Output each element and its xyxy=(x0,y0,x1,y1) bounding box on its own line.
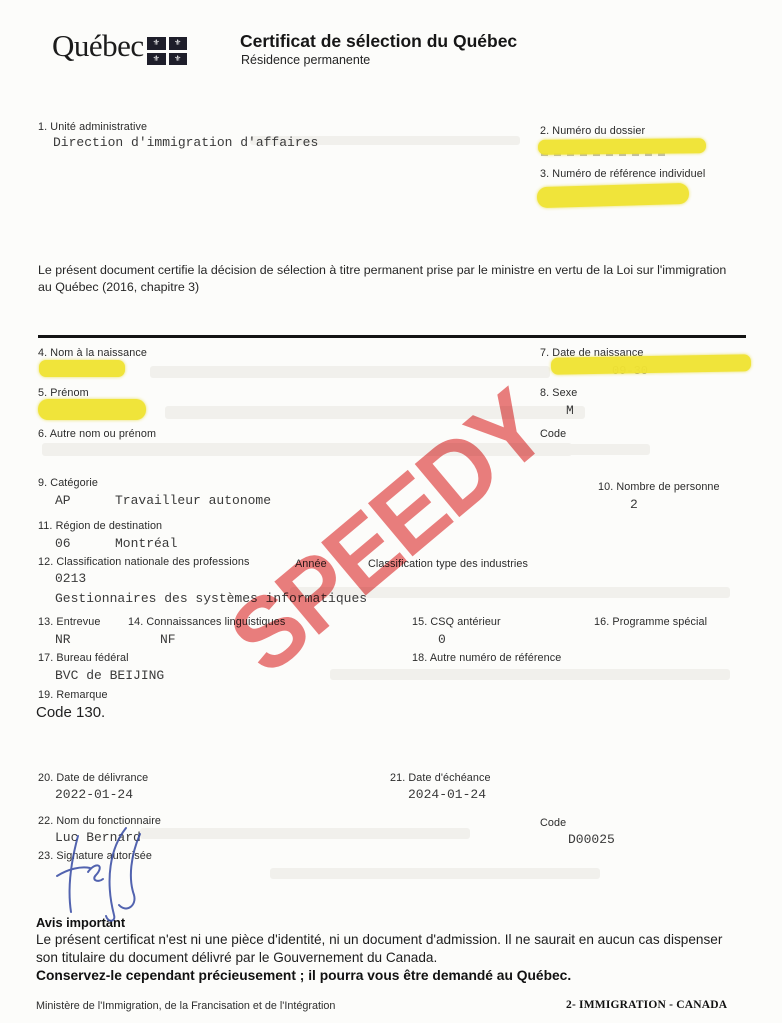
field-4-label: 4. Nom à la naissance xyxy=(38,347,147,359)
field-5-label: 5. Prénom xyxy=(38,387,89,399)
field-10-value: 2 xyxy=(630,497,638,512)
field-21-value: 2024-01-24 xyxy=(408,787,486,802)
field-10-label: 10. Nombre de personne xyxy=(598,481,720,493)
field-12-profession: Gestionnaires des systèmes informatiques xyxy=(55,591,367,606)
sexe-code-label: Code xyxy=(540,428,566,440)
field-1-label: 1. Unité administrative xyxy=(38,121,147,133)
avis-important-body: Le présent certificat n'est ni une pièce… xyxy=(36,931,726,966)
field-14-label: 14. Connaissances linguistiques xyxy=(128,616,285,628)
fleur-de-lis-icon: ⚜ xyxy=(169,53,188,66)
scan-artifact xyxy=(150,366,550,378)
field-20-label: 20. Date de délivrance xyxy=(38,772,148,784)
field-9-code: AP xyxy=(55,493,71,508)
redaction-highlight-prenom xyxy=(38,399,146,420)
field-12-label: 12. Classification nationale des profess… xyxy=(38,556,249,568)
field-9-label: 9. Catégorie xyxy=(38,477,98,489)
field-3-label: 3. Numéro de référence individuel xyxy=(540,168,705,180)
scan-artifact xyxy=(140,828,470,839)
fleur-de-lis-icon: ⚜ xyxy=(147,53,166,66)
field-12-code: 0213 xyxy=(55,571,86,586)
redaction-highlight-reference xyxy=(537,183,690,208)
document-title: Certificat de sélection du Québec xyxy=(240,31,517,52)
fonctionnaire-code-value: D00025 xyxy=(568,832,615,847)
fleur-de-lis-icon: ⚜ xyxy=(147,37,166,50)
scan-artifact xyxy=(560,444,650,455)
fleur-de-lis-icon: ⚜ xyxy=(169,37,188,50)
field-21-label: 21. Date d'échéance xyxy=(390,772,491,784)
field-19-value: Code 130. xyxy=(36,704,105,721)
field-2-label: 2. Numéro du dossier xyxy=(540,125,645,137)
scan-artifact xyxy=(42,443,572,456)
quebec-logo-wordmark: Québec xyxy=(52,28,144,64)
scan-artifact xyxy=(270,868,600,879)
redaction-highlight-nom xyxy=(39,360,125,377)
fonctionnaire-code-label: Code xyxy=(540,817,566,829)
redaction-highlight-dossier xyxy=(538,138,706,155)
field-11-label: 11. Région de destination xyxy=(38,520,162,532)
field-18-label: 18. Autre numéro de référence xyxy=(412,652,561,664)
field-20-value: 2022-01-24 xyxy=(55,787,133,802)
scan-artifact xyxy=(165,406,585,419)
ministry-footer: Ministère de l'Immigration, de la Franci… xyxy=(36,1000,335,1012)
field-11-code: 06 xyxy=(55,536,71,551)
field-13-label: 13. Entrevue xyxy=(38,616,100,628)
field-6-label: 6. Autre nom ou prénom xyxy=(38,428,156,440)
field-1-value: Direction d'immigration d'affaires xyxy=(53,135,318,150)
csq-certificate-page: Québec ⚜ ⚜ ⚜ ⚜ Certificat de sélection d… xyxy=(0,0,782,1023)
field-12-year-label: Année xyxy=(295,558,327,570)
document-subtitle: Résidence permanente xyxy=(241,53,370,67)
field-15-label: 15. CSQ antérieur xyxy=(412,616,501,628)
handwritten-signature xyxy=(48,820,163,925)
certification-statement: Le présent document certifie la décision… xyxy=(38,262,732,296)
field-8-label: 8. Sexe xyxy=(540,387,577,399)
scan-artifact xyxy=(330,669,730,680)
field-15-value: 0 xyxy=(438,632,446,647)
field-12-industries-label: Classification type des industries xyxy=(368,558,528,570)
field-11-text: Montréal xyxy=(115,536,177,551)
field-17-label: 17. Bureau fédéral xyxy=(38,652,129,664)
quebec-flag-icon: ⚜ ⚜ ⚜ ⚜ xyxy=(147,37,187,65)
speedy-watermark: SPEEDY xyxy=(160,318,617,749)
field-9-text: Travailleur autonome xyxy=(115,493,271,508)
field-16-label: 16. Programme spécial xyxy=(594,616,707,628)
section-divider xyxy=(38,335,746,338)
field-14-value: NF xyxy=(160,632,176,647)
redaction-highlight-naissance xyxy=(551,354,751,374)
field-19-label: 19. Remarque xyxy=(38,689,108,701)
field-13-value: NR xyxy=(55,632,71,647)
avis-important-bold: Conservez-le cependant précieusement ; i… xyxy=(36,968,736,983)
field-8-value: M xyxy=(566,403,574,418)
immigration-canada-footer: 2- IMMIGRATION - CANADA xyxy=(566,999,727,1011)
field-17-value: BVC de BEIJING xyxy=(55,668,164,683)
